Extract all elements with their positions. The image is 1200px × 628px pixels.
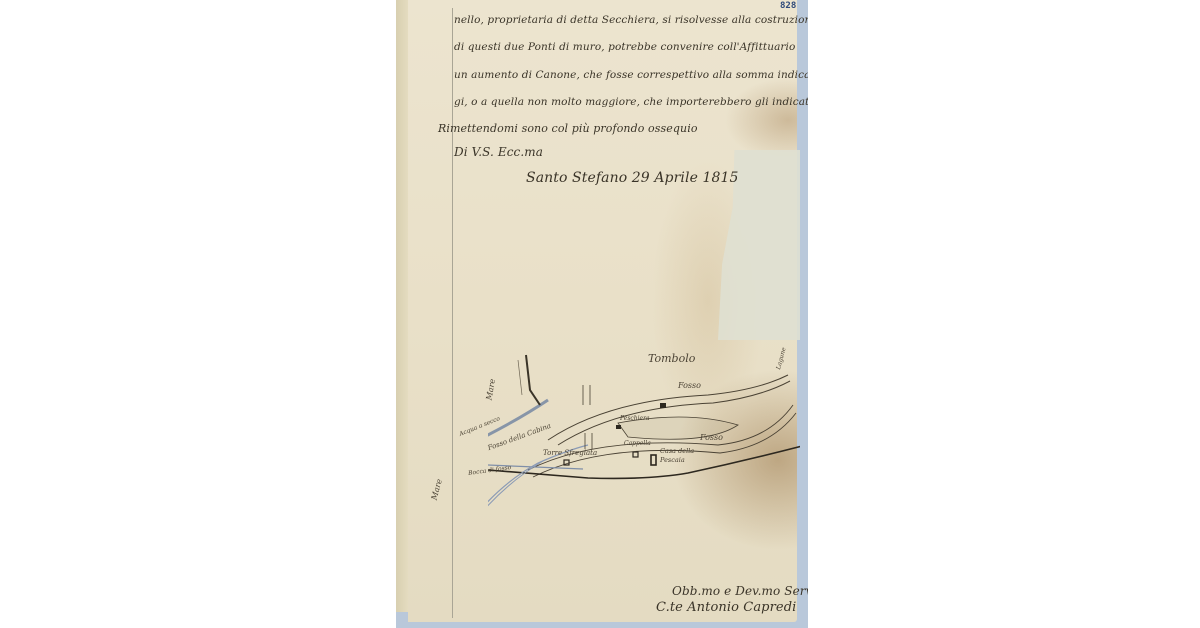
map-label-fosso-mid: Fosso — [700, 433, 723, 442]
map-label-fosso-top: Fosso — [678, 381, 701, 390]
map-label-torre-sfregiata: Torre Sfregiata — [543, 449, 597, 457]
map-label-mare-bottom: Mare — [430, 478, 444, 501]
sketch-map: Tombolo Mare Mare Fosso Fosso Fosso dell… — [488, 345, 800, 535]
map-label-tombolo: Tombolo — [648, 352, 695, 365]
letter-salutation: Di V.S. Ecc.ma — [454, 145, 543, 159]
letter-line-5: Rimettendomi sono col più profondo osseq… — [438, 122, 698, 135]
map-label-casa: Casa della Pescaia — [660, 447, 710, 465]
letter-line-1: nello, proprietaria di detta Secchiera, … — [454, 14, 808, 26]
letter-line-4: gi, o a quella non molto maggiore, che i… — [454, 96, 808, 108]
margin-rule — [452, 8, 453, 618]
signature: C.te Antonio Capredi — [656, 600, 796, 615]
map-label-cappella: Cappella — [624, 440, 651, 447]
letter-line-2: di questi due Ponti di muro, potrebbe co… — [454, 41, 795, 53]
place-date: Santo Stefano 29 Aprile 1815 — [526, 170, 739, 186]
closing-formula: Obb.mo e Dev.mo Serv.e — [672, 584, 808, 598]
document-scan: 828 nello, proprietaria di detta Secchie… — [396, 0, 808, 628]
map-label-peschiera: Peschiera — [620, 415, 650, 422]
letter-line-3: un aumento di Canone, che fosse correspe… — [454, 69, 808, 81]
folio-number: 828 — [780, 1, 796, 11]
manuscript-sheet: 828 nello, proprietaria di detta Secchie… — [408, 0, 797, 622]
